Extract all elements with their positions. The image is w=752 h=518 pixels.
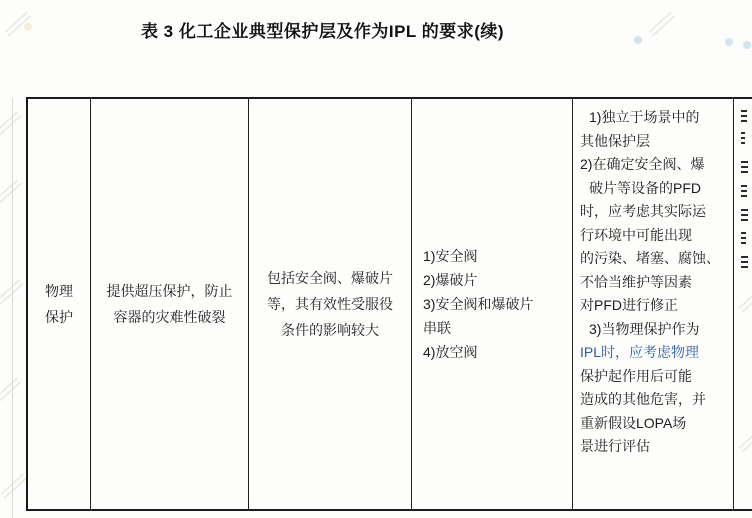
text-line: 2)爆破片 — [423, 268, 566, 292]
watermark-mark — [649, 11, 678, 39]
cell-ipl-requirements: 1)独立于场景中的其他保护层2)在确定安全阀、爆破片等设备的PFD时，应考虑其实… — [573, 99, 734, 509]
clipped-glyph-fragment — [741, 209, 748, 221]
cell-clipped-next-column — [734, 99, 752, 509]
cell-effectiveness-note: 包括安全阀、爆破片等，其有效性受服役条件的影响较大 — [249, 99, 412, 509]
clipped-glyph-fragment — [741, 132, 745, 144]
text-line: 3)安全阀和爆破片 — [423, 292, 566, 316]
text-line: 的污染、堵塞、腐蚀、 — [580, 247, 728, 271]
text-line: 2)在确定安全阀、爆 — [580, 153, 728, 177]
scan-speck — [725, 38, 733, 46]
text-line: 时，应考虑其实际运 — [580, 200, 728, 224]
scan-speck — [743, 41, 751, 49]
text-line: 行环境中可能出现 — [580, 224, 728, 248]
text-line: 造成的其他危害，并 — [580, 388, 728, 412]
text-line: 景进行评估 — [580, 435, 728, 459]
cell-function-description: 提供超压保护，防止容器的灾难性破裂 — [91, 99, 249, 509]
text-line: 对PFD进行修正 — [580, 294, 728, 318]
text-line: 1)安全阀 — [423, 244, 566, 268]
text-line: 保护起作用后可能 — [580, 365, 728, 389]
document-page: 表 3 化工企业典型保护层及作为IPL 的要求(续) 物理保护 提供超压保护，防… — [0, 0, 752, 518]
clipped-glyph-fragment — [741, 256, 748, 268]
text-line: 条件的影响较大 — [255, 317, 405, 343]
text-line: 串联 — [423, 316, 566, 340]
text-line: 容器的灾难性破裂 — [97, 304, 242, 330]
clipped-glyph-fragment — [741, 232, 746, 244]
text-line: 包括安全阀、爆破片 — [255, 265, 405, 291]
page-edge-line — [12, 98, 13, 518]
text-line: 保护 — [34, 304, 84, 330]
text-line: 3)当物理保护作为 — [580, 318, 728, 342]
text-line: 重新假设LOPA场 — [580, 412, 728, 436]
clipped-glyph-fragment — [741, 185, 747, 197]
text-line: 其他保护层 — [580, 130, 728, 154]
text-line: 等，其有效性受服役 — [255, 291, 405, 317]
text-line: 1)独立于场景中的 — [580, 106, 728, 130]
text-line: IPL时，应考虑物理 — [580, 341, 728, 365]
text-line: 物理 — [34, 278, 84, 304]
cell-typical-devices: 1)安全阀2)爆破片3)安全阀和爆破片串联4)放空阀 — [412, 99, 573, 509]
clipped-glyph-fragment — [741, 161, 748, 173]
text-line: 破片等设备的PFD — [580, 177, 728, 201]
text-line: 提供超压保护，防止 — [97, 278, 242, 304]
cell-protection-layer: 物理保护 — [28, 99, 91, 509]
clipped-glyph-fragment — [741, 110, 747, 122]
text-line: 不恰当维护等因素 — [580, 271, 728, 295]
table-title: 表 3 化工企业典型保护层及作为IPL 的要求(续) — [0, 17, 645, 42]
text-line: 4)放空阀 — [423, 340, 566, 364]
protection-layer-table: 物理保护 提供超压保护，防止容器的灾难性破裂 包括安全阀、爆破片等，其有效性受服… — [26, 97, 752, 511]
